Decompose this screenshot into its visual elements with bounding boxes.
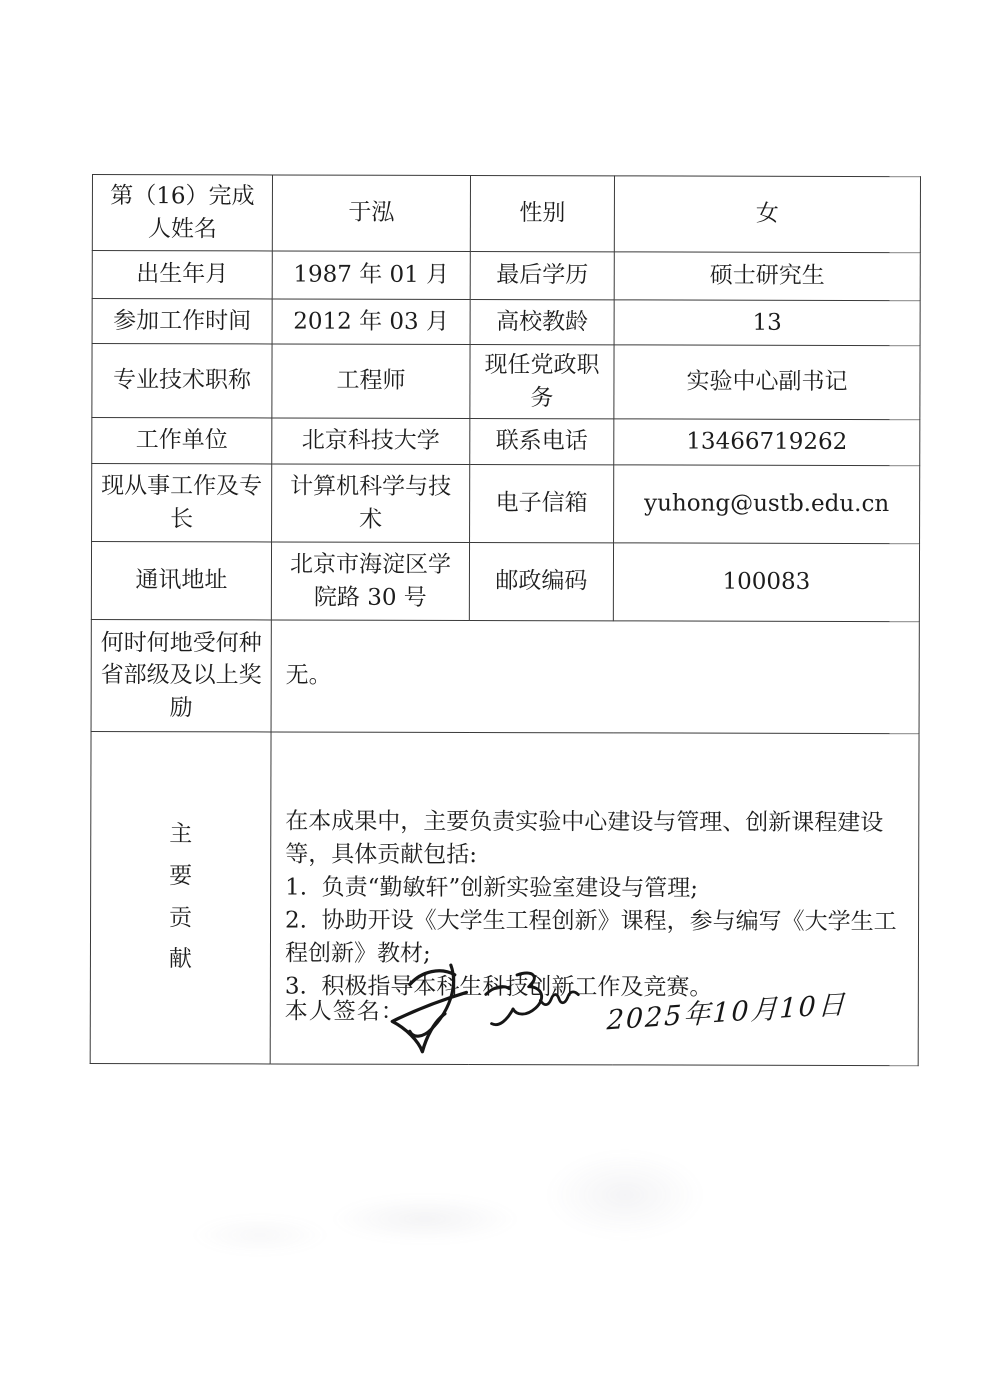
label-party-position: 现任党政职务 (470, 344, 614, 418)
row-main-contribution: 主要贡献 在本成果中，主要负责实验中心建设与管理、创新课程建设 等，具体贡献包括… (90, 731, 919, 1065)
contribution-line: 在本成果中，主要负责实验中心建设与管理、创新课程建设 (285, 805, 904, 840)
row-professional-title: 专业技术职称 工程师 现任党政职务 实验中心副书记 (92, 344, 920, 420)
row-birth-date: 出生年月 1987 年 01 月 最后学历 硕士研究生 (92, 251, 920, 301)
label-current-work: 现从事工作及专长 (92, 464, 272, 542)
form-sheet: 第（16）完成人姓名 于泓 性别 女 出生年月 1987 年 01 月 最后学历… (90, 174, 921, 1066)
value-party-position: 实验中心副书记 (614, 345, 920, 420)
label-phone: 联系电话 (470, 418, 614, 464)
scan-smudge (545, 1150, 705, 1240)
label-teaching-years: 高校教龄 (470, 299, 614, 344)
signature-handwriting (373, 956, 597, 1061)
label-completer-name: 第（16）完成人姓名 (92, 175, 272, 251)
value-teaching-years: 13 (614, 300, 920, 346)
value-gender: 女 (614, 176, 920, 253)
label-work-unit: 工作单位 (92, 418, 272, 464)
scanned-form-page: 第（16）完成人姓名 于泓 性别 女 出生年月 1987 年 01 月 最后学历… (0, 0, 992, 1392)
label-work-start-date: 参加工作时间 (92, 299, 272, 344)
label-professional-title: 专业技术职称 (92, 344, 272, 418)
label-awards: 何时何地受何种省部级及以上奖励 (91, 619, 271, 731)
label-main-contribution: 主要贡献 (90, 731, 271, 1063)
completer-info-table: 第（16）完成人姓名 于泓 性别 女 出生年月 1987 年 01 月 最后学历… (90, 174, 921, 1066)
label-postal-code: 邮政编码 (469, 542, 613, 620)
value-email: yuhong@ustb.edu.cn (614, 465, 920, 544)
label-birth-date: 出生年月 (92, 251, 272, 299)
signature-block: 本人签名： (285, 950, 912, 1060)
value-mailing-address: 北京市海淀区学院路 30 号 (271, 542, 469, 621)
contribution-line: 1. 负责“勤敏轩”创新实验室建设与管理; (285, 871, 904, 906)
label-final-education: 最后学历 (470, 251, 614, 299)
value-professional-title: 工程师 (272, 344, 470, 419)
row-mailing-address: 通讯地址 北京市海淀区学院路 30 号 邮政编码 100083 (91, 542, 919, 622)
row-completer-name: 第（16）完成人姓名 于泓 性别 女 (92, 175, 920, 253)
value-completer-name: 于泓 (272, 175, 470, 252)
contribution-line: 2. 协助开设《大学生工程创新》课程，参与编写《大学生工 (285, 904, 904, 939)
row-awards: 何时何地受何种省部级及以上奖励 无。 (91, 619, 919, 733)
row-work-unit: 工作单位 北京科技大学 联系电话 13466719262 (92, 418, 920, 466)
value-work-start-date: 2012 年 03 月 (272, 299, 470, 345)
signature-date: 2025年10月10日 (606, 986, 847, 1041)
value-current-work: 计算机科学与技术 (272, 464, 470, 543)
label-gender: 性别 (470, 175, 614, 251)
row-current-work: 现从事工作及专长 计算机科学与技术 电子信箱 yuhong@ustb.edu.c… (92, 464, 920, 544)
value-postal-code: 100083 (613, 543, 919, 622)
scan-smudge (330, 1195, 520, 1243)
value-birth-date: 1987 年 01 月 (272, 251, 470, 300)
value-work-unit: 北京科技大学 (272, 418, 470, 465)
main-contribution-vertical-text: 主要贡献 (165, 814, 196, 982)
value-awards: 无。 (271, 620, 919, 734)
value-final-education: 硕士研究生 (614, 252, 920, 301)
contribution-line: 等，具体贡献包括: (285, 838, 904, 873)
main-contribution-content: 在本成果中，主要负责实验中心建设与管理、创新课程建设 等，具体贡献包括: 1. … (270, 732, 919, 1066)
value-phone: 13466719262 (614, 419, 920, 466)
label-email: 电子信箱 (470, 464, 614, 542)
row-work-start: 参加工作时间 2012 年 03 月 高校教龄 13 (92, 299, 920, 346)
scan-smudge (190, 1215, 330, 1255)
label-mailing-address: 通讯地址 (91, 542, 271, 620)
